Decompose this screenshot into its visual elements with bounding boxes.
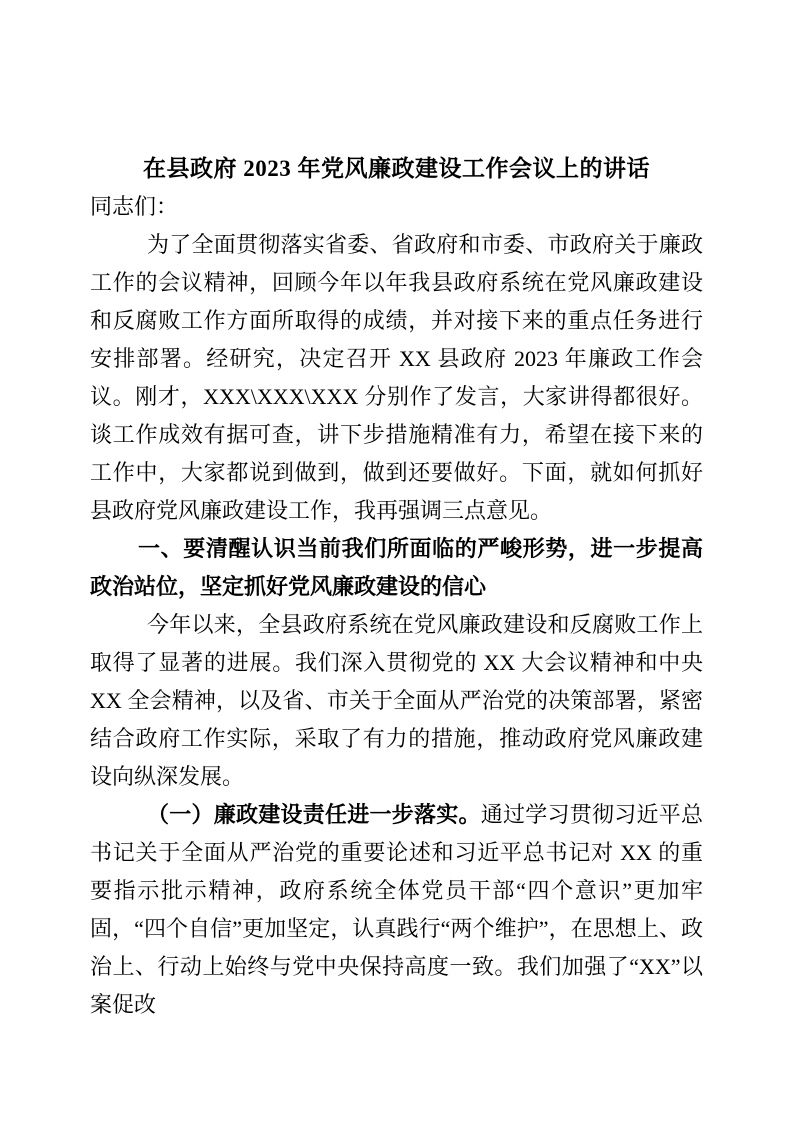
document-title: 在县政府 2023 年党风廉政建设工作会议上的讲话 [90, 150, 703, 188]
paragraph-section1-overview: 今年以来，全县政府系统在党风廉政建设和反腐败工作上取得了显著的进展。我们深入贯彻… [90, 606, 703, 796]
subsection-1-lead: （一）廉政建设责任进一步落实。 [147, 802, 481, 827]
paragraph-intro: 为了全面贯彻落实省委、省政府和市委、市政府关于廉政工作的会议精神，回顾今年以年我… [90, 226, 703, 530]
subsection-1-body: 通过学习贯彻习近平总书记关于全面从严治党的重要论述和习近平总书记对 XX 的重要… [90, 802, 703, 1017]
document-page: 在县政府 2023 年党风廉政建设工作会议上的讲话 同志们： 为了全面贯彻落实省… [0, 0, 793, 1122]
section-heading-1: 一、要清醒认识当前我们所面临的严峻形势，进一步提高政治站位，坚定抓好党风廉政建设… [90, 530, 703, 606]
paragraph-subsection-1: （一）廉政建设责任进一步落实。通过学习贯彻习近平总书记关于全面从严治党的重要论述… [90, 796, 703, 1024]
salutation: 同志们： [90, 188, 703, 226]
